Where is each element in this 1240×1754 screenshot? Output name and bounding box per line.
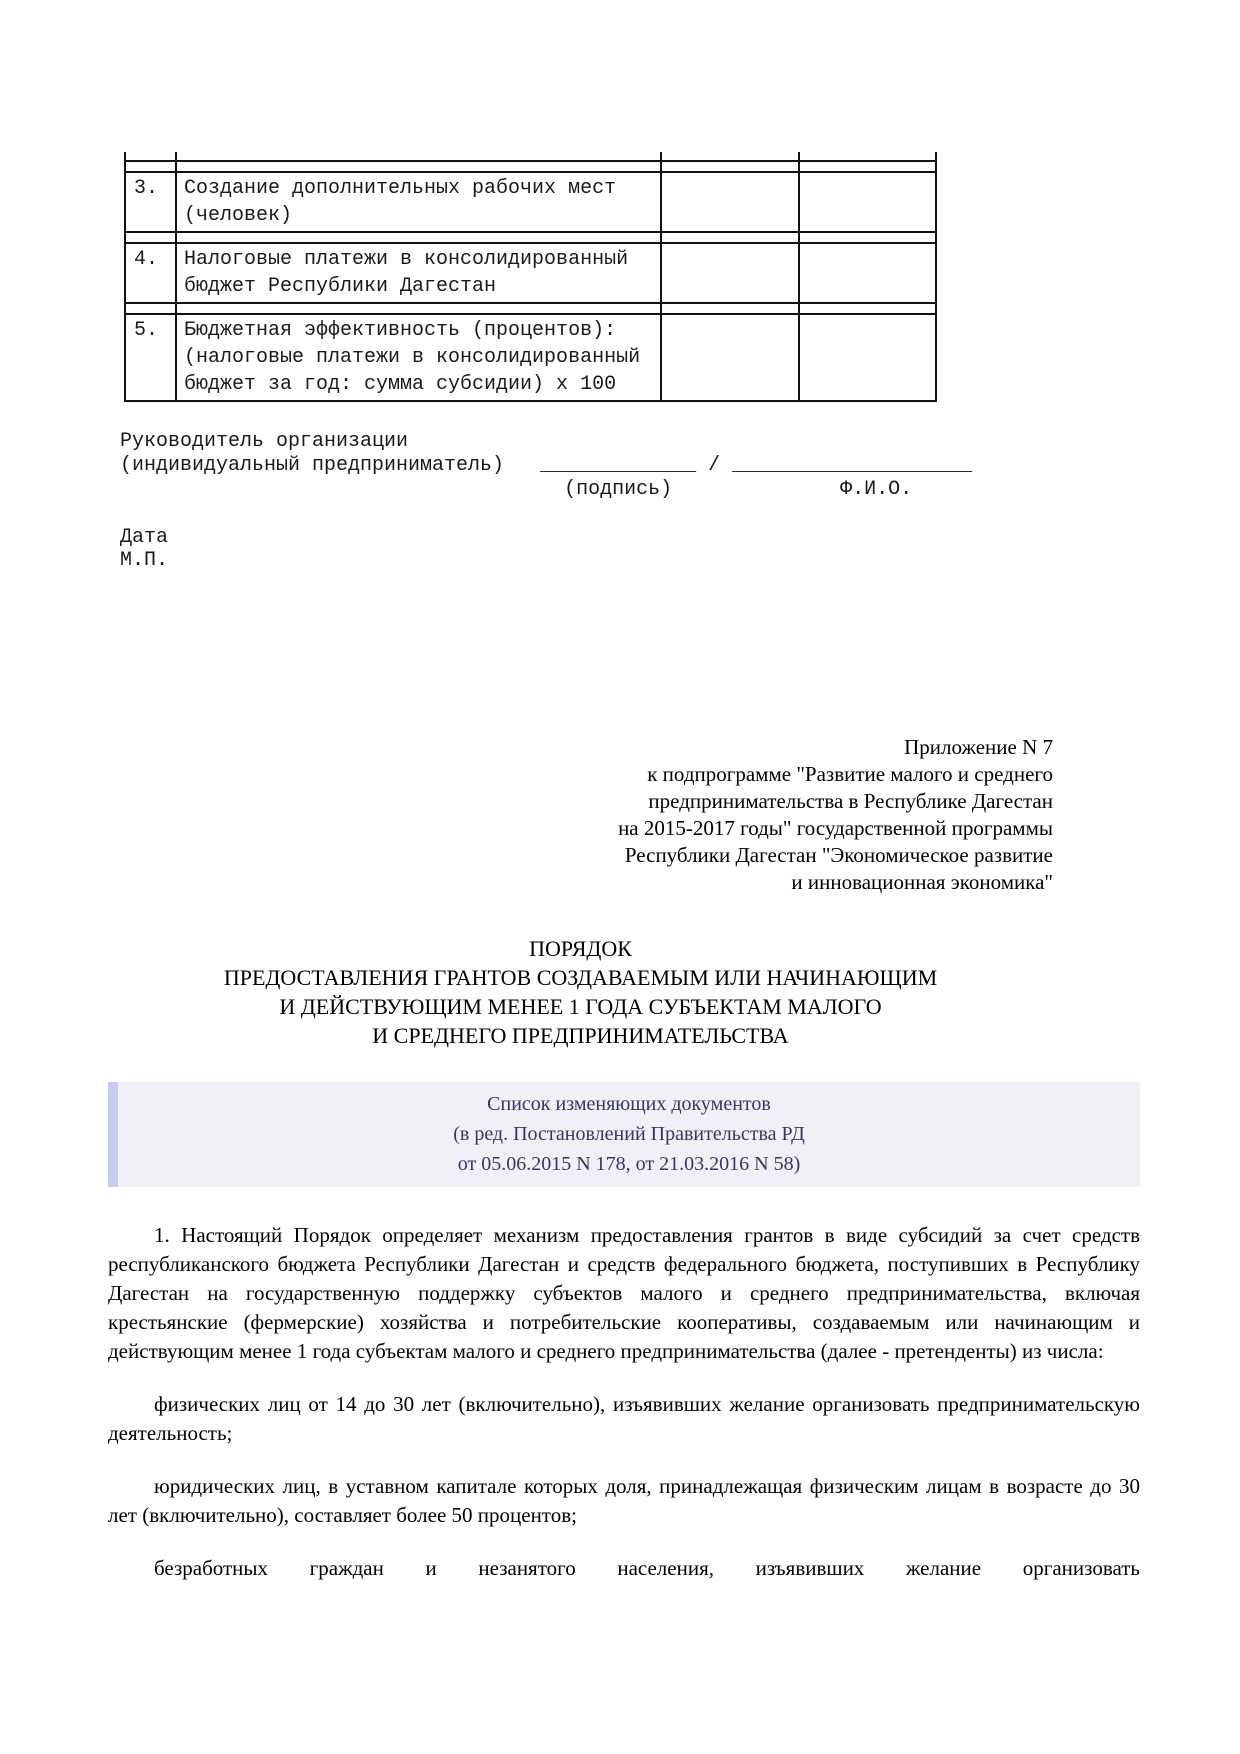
row-value-cell-2 <box>798 244 937 302</box>
row-value-cell-2 <box>798 173 937 231</box>
table-border-col2 <box>660 152 662 402</box>
row-label-cell: Налоговые платежи в консолидированный бю… <box>175 244 660 302</box>
row-number-cell: 5. <box>124 315 175 400</box>
paragraph: юридических лиц, в уставном капитале кот… <box>108 1472 1140 1530</box>
table-border-right <box>935 152 937 402</box>
table-border-col1 <box>175 152 177 402</box>
row-value-cell-2 <box>798 315 937 400</box>
indicators-table: 3. Создание дополнительных рабочих мест … <box>124 152 937 402</box>
table-border-left <box>124 152 126 402</box>
row-number-cell: 4. <box>124 244 175 302</box>
paragraph: физических лиц от 14 до 30 лет (включите… <box>108 1390 1140 1448</box>
paragraph: 1. Настоящий Порядок определяет механизм… <box>108 1221 1140 1366</box>
body-text: 1. Настоящий Порядок определяет механизм… <box>108 1221 1140 1583</box>
amendments-box: Список изменяющих документов (в ред. Пос… <box>108 1082 1140 1187</box>
row-label-cell: Создание дополнительных рабочих мест (че… <box>175 173 660 231</box>
table-border-col3 <box>798 152 800 402</box>
row-value-cell-1 <box>660 244 798 302</box>
row-label-cell: Бюджетная эффективность (процентов): (на… <box>175 315 660 400</box>
table-row: 4. Налоговые платежи в консолидированный… <box>124 242 937 304</box>
table-row: 3. Создание дополнительных рабочих мест … <box>124 171 937 233</box>
signature-block: Руководитель организации (индивидуальный… <box>120 430 1240 502</box>
paragraph: безработных граждан и незанятого населен… <box>108 1554 1140 1583</box>
row-number-cell: 3. <box>124 173 175 231</box>
document-title: ПОРЯДОК ПРЕДОСТАВЛЕНИЯ ГРАНТОВ СОЗДАВАЕМ… <box>108 934 1053 1050</box>
row-value-cell-1 <box>660 173 798 231</box>
document-page: 3. Создание дополнительных рабочих мест … <box>0 0 1240 1754</box>
table-row-stub <box>124 152 937 162</box>
date-stamp-block: Дата М.П. <box>120 526 1240 572</box>
table-row: 5. Бюджетная эффективность (процентов): … <box>124 313 937 402</box>
appendix-note: Приложение N 7 к подпрограмме "Развитие … <box>0 734 1053 896</box>
row-value-cell-1 <box>660 315 798 400</box>
